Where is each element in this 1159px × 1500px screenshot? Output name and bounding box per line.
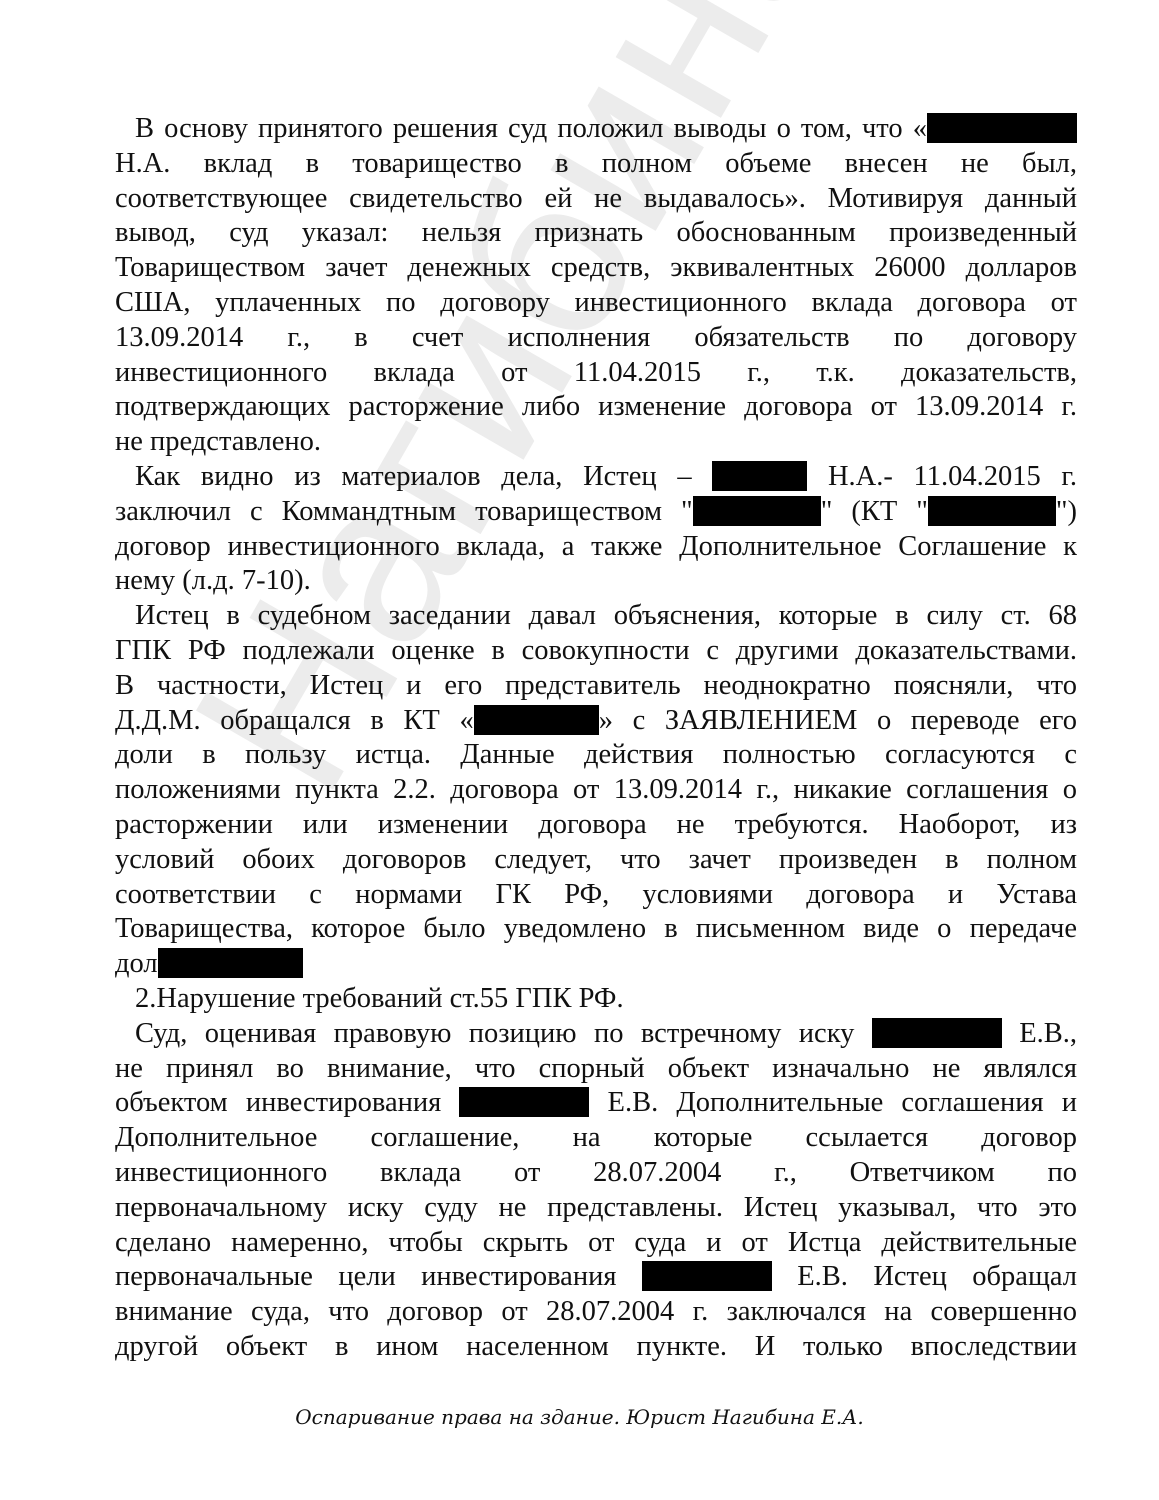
- text-line: Истец в судебном заседании давал объясне…: [115, 599, 1077, 634]
- redaction-box: [474, 705, 599, 735]
- text-line: подтверждающих расторжение либо изменени…: [115, 390, 1077, 425]
- redaction-box: [459, 1087, 589, 1117]
- text-line: первоначальные цели инвестирования Е.В. …: [115, 1260, 1077, 1295]
- text-line: Суд, оценивая правовую позицию по встреч…: [115, 1017, 1077, 1052]
- text-line: доли в пользу истца. Данные действия пол…: [115, 738, 1077, 773]
- text-line: В частности, Истец и его представитель н…: [115, 669, 1077, 704]
- redaction-box: [928, 496, 1056, 526]
- text-line: сделано намеренно, чтобы скрыть от суда …: [115, 1226, 1077, 1261]
- paragraph-court-decision-basis: В основу принятого решения суд положил в…: [115, 112, 1077, 460]
- text-line: ГПК РФ подлежали оценке в совокупности с…: [115, 634, 1077, 669]
- text-line: первоначальному иску суду не представлен…: [115, 1191, 1077, 1226]
- text-line: объектом инвестирования Е.В. Дополнитель…: [115, 1086, 1077, 1121]
- document-body: В основу принятого решения суд положил в…: [115, 112, 1077, 1365]
- paragraph-case-materials: Как видно из материалов дела, Истец – Н.…: [115, 460, 1077, 599]
- section-heading: 2.Нарушение требований ст.55 ГПК РФ.: [115, 982, 1077, 1017]
- text-line: инвестиционного вклада от 28.07.2004 г.,…: [115, 1156, 1077, 1191]
- text-line: Товарищества, которое было уведомлено в …: [115, 912, 1077, 947]
- text-line: другой объект в ином населенном пункте. …: [115, 1330, 1077, 1365]
- text-line: соответствующее свидетельство ей не выда…: [115, 182, 1077, 217]
- text-line: соответствии с нормами ГК РФ, условиями …: [115, 878, 1077, 913]
- redaction-box: [693, 496, 821, 526]
- text-line: расторжении или изменении договора не тр…: [115, 808, 1077, 843]
- text-line: не принял во внимание, что спорный объек…: [115, 1052, 1077, 1087]
- redaction-box: [927, 113, 1077, 143]
- section-heading-text: 2.Нарушение требований ст.55 ГПК РФ.: [115, 982, 1077, 1017]
- text-line: условий обоих договоров следует, что зач…: [115, 843, 1077, 878]
- redaction-box: [642, 1261, 772, 1291]
- text-line: Товариществом зачет денежных средств, эк…: [115, 251, 1077, 286]
- redaction-box: [158, 948, 303, 978]
- text-line: Д.Д.М. обращался в КТ «» с ЗАЯВЛЕНИЕМ о …: [115, 704, 1077, 739]
- paragraph-plaintiff-explanations: Истец в судебном заседании давал объясне…: [115, 599, 1077, 982]
- page-footer: Оспаривание права на здание. Юрист Нагиб…: [0, 1405, 1159, 1429]
- text-line: заключил с Коммандтным товариществом "" …: [115, 495, 1077, 530]
- text-line: В основу принятого решения суд положил в…: [115, 112, 1077, 147]
- redaction-box: [712, 461, 807, 491]
- text-line: инвестиционного вклада от 11.04.2015 г.,…: [115, 356, 1077, 391]
- text-line: положениями пункта 2.2. договора от 13.0…: [115, 773, 1077, 808]
- text-line: Дополнительное соглашение, на которые сс…: [115, 1121, 1077, 1156]
- text-line: Н.А. вклад в товарищество в полном объем…: [115, 147, 1077, 182]
- text-line: договор инвестиционного вклада, а также …: [115, 530, 1077, 565]
- document-page: Нагибина В основу принятого решения суд …: [0, 0, 1159, 1500]
- text-line: нему (л.д. 7-10).: [115, 564, 1077, 599]
- text-line: вывод, суд указал: нельзя признать обосн…: [115, 216, 1077, 251]
- text-line: внимание суда, что договор от 28.07.2004…: [115, 1295, 1077, 1330]
- text-line: Как видно из материалов дела, Истец – Н.…: [115, 460, 1077, 495]
- text-line: США, уплаченных по договору инвестиционн…: [115, 286, 1077, 321]
- paragraph-counterclaim: Суд, оценивая правовую позицию по встреч…: [115, 1017, 1077, 1365]
- text-line: дол: [115, 947, 1077, 982]
- text-line: не представлено.: [115, 425, 1077, 460]
- redaction-box: [872, 1018, 1002, 1048]
- text-line: 13.09.2014 г., в счет исполнения обязате…: [115, 321, 1077, 356]
